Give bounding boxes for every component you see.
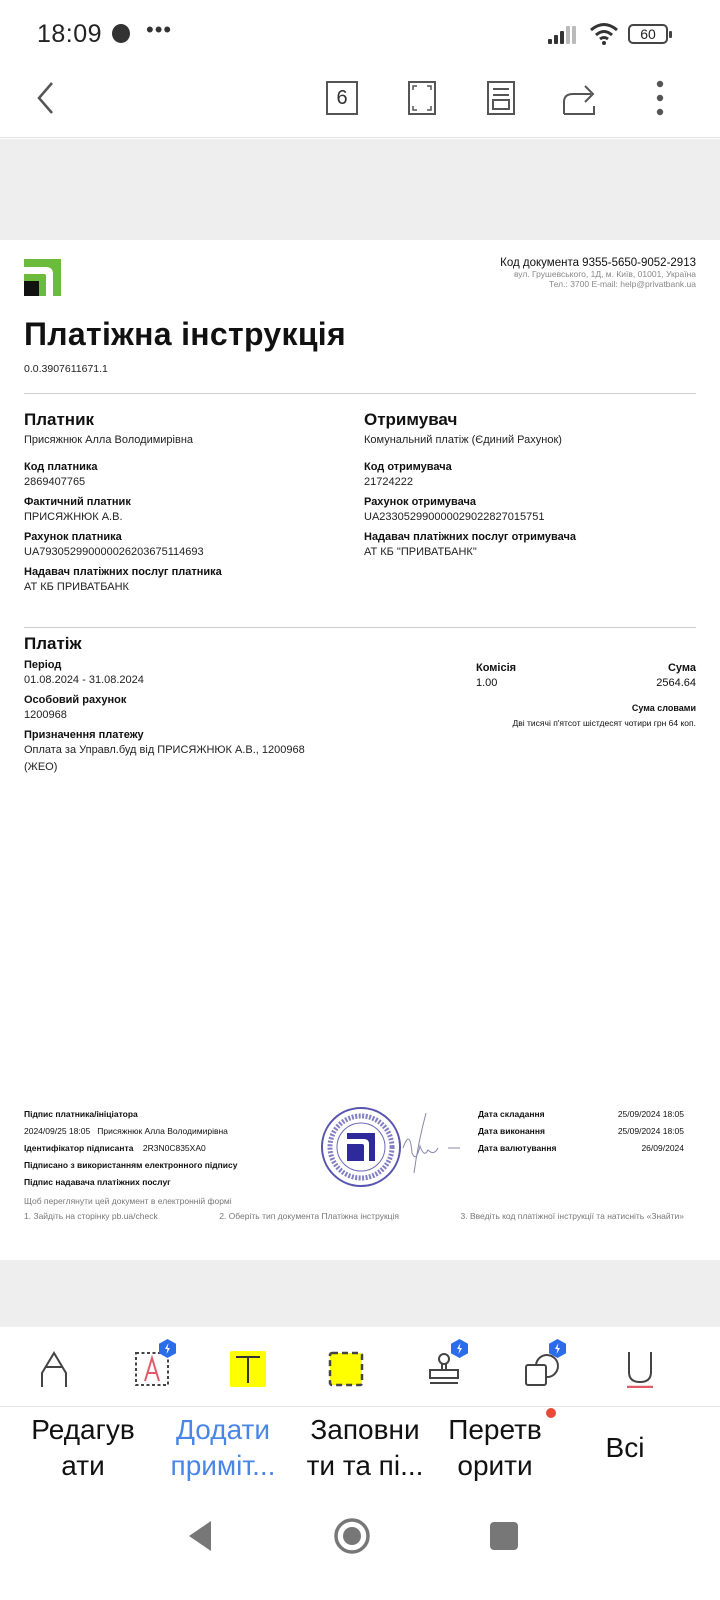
bank-address: вул. Грушевського, 1Д, м. Київ, 01001, У… [500,269,696,279]
tab-label: Заповни [300,1412,430,1448]
wifi-icon [589,22,619,46]
payment-section: Платіж Період 01.08.2024 - 31.08.2024 Ос… [24,634,354,780]
bottom-tabs: Редагув ати Додати приміт... Заповни ти … [0,1408,720,1496]
tab-label: Всі [560,1430,690,1466]
payer-account-value: UA793052990000026203675114693 [24,544,354,561]
payer-provider-value: АТ КБ ПРИВАТБАНК [24,579,354,596]
divider [24,393,696,394]
sum-words-label: Сума словами [476,702,696,714]
verification-steps: 1. Зайдіть на сторінку pb.ua/check 2. Об… [24,1211,684,1221]
fit-screen-button[interactable] [398,74,446,122]
shapes-tool[interactable] [512,1339,572,1399]
provider-signature-label: Підпис надавача платіжних послуг [24,1177,171,1187]
purpose-label: Призначення платежу [24,728,354,742]
commission-label: Комісія [476,661,516,675]
recipient-code-label: Код отримувача [364,460,694,474]
highlight-text-icon [230,1351,266,1387]
date-created-value: 25/09/2024 18:05 [618,1106,684,1123]
recipient-section: Отримувач Комунальний платіж (Єдиний Рах… [364,410,694,565]
step-3: 3. Введіть код платіжної інструкції та н… [461,1211,685,1221]
recipient-heading: Отримувач [364,410,694,430]
value-date-label: Дата валютування [478,1140,557,1157]
pen-icon [38,1351,70,1387]
document-page[interactable]: Код документа 9355-5650-9052-2913 вул. Г… [0,240,720,1260]
tab-convert[interactable]: Перетв орити [430,1412,560,1484]
actual-payer-label: Фактичний платник [24,495,354,509]
tab-all[interactable]: Всі [560,1430,690,1466]
text-box-tool[interactable] [122,1339,182,1399]
payer-heading: Платник [24,410,354,430]
tab-add-annotations[interactable]: Додати приміт... [158,1412,288,1484]
nav-recents-button[interactable] [474,1506,534,1566]
more-notifications-icon: ••• [146,17,172,43]
pen-tool[interactable] [24,1339,84,1399]
purpose-value: Оплата за Управл.буд від ПРИСЯЖНЮК А.В.,… [24,742,334,776]
date-executed-value: 25/09/2024 18:05 [618,1123,684,1140]
tab-label: Додати [158,1412,288,1448]
underline-tool[interactable] [610,1339,670,1399]
premium-badge-icon [549,1339,566,1358]
period-label: Період [24,658,354,672]
document-number: 0.0.3907611671.1 [24,363,108,375]
esign-note: Підписано з використанням електронного п… [24,1160,237,1170]
privatbank-logo [24,259,61,296]
signature-block: Підпис платника/ініціатора 2024/09/25 18… [24,1106,237,1210]
back-icon [34,80,58,116]
payer-code-label: Код платника [24,460,354,474]
signature-datetime: 2024/09/25 18:05 [24,1126,90,1136]
back-button[interactable] [22,74,70,122]
tab-label: орити [430,1448,560,1484]
tab-label: приміт... [158,1448,288,1484]
cellular-signal-icon [548,26,578,44]
signature-name: Присяжнюк Алла Володимирівна [97,1126,228,1136]
tab-edit[interactable]: Редагув ати [18,1412,148,1484]
commission-value: 1.00 [476,675,497,692]
date-created-label: Дата складання [478,1106,545,1123]
underline-icon [625,1350,655,1388]
step-2: 2. Оберіть тип документа Платіжна інстру… [219,1211,399,1221]
tab-label: ти та пі... [300,1448,430,1484]
notification-dot [546,1408,556,1418]
system-navigation-bar [0,1496,720,1600]
recipient-account-value: UA233052990000029022827015751 [364,509,694,526]
bank-stamp-icon [320,1106,402,1188]
sum-label: Сума [668,661,696,675]
app-toolbar: 6 [0,62,720,138]
recipient-account-label: Рахунок отримувача [364,495,694,509]
dates-block: Дата складання25/09/2024 18:05 Дата вико… [478,1106,684,1157]
more-options-button[interactable] [636,74,684,122]
premium-badge-icon [159,1339,176,1358]
page-count-button[interactable]: 6 [318,74,366,122]
payer-account-label: Рахунок платника [24,530,354,544]
highlight-text-tool[interactable] [218,1339,278,1399]
page-count: 6 [326,81,358,115]
document-meta: Код документа 9355-5650-9052-2913 вул. Г… [500,257,696,289]
fit-screen-icon [407,80,437,116]
personal-account-label: Особовий рахунок [24,693,354,707]
reading-mode-button[interactable] [477,74,525,122]
tab-fill-and-sign[interactable]: Заповни ти та пі... [300,1412,430,1484]
signer-id: 2R3N0C835XA0 [143,1143,206,1153]
nav-home-button[interactable] [322,1506,382,1566]
view-hint: Щоб переглянути цей документ в електронн… [24,1193,237,1210]
payment-heading: Платіж [24,634,354,654]
document-title: Платіжна інструкція [24,316,346,353]
sum-value: 2564.64 [656,675,696,692]
clock: 18:09 [37,20,102,49]
nav-back-icon [187,1521,213,1551]
payer-code-value: 2869407765 [24,474,354,491]
bank-contacts: Тел.: 3700 E-mail: help@privatbank.ua [500,279,696,289]
recipient-provider-value: АТ КБ "ПРИВАТБАНК" [364,544,694,561]
actual-payer-value: ПРИСЯЖНЮК А.В. [24,509,354,526]
sum-words: Дві тисячі п'ятсот шістдесят чотири грн … [476,718,696,728]
nav-home-icon [333,1517,371,1555]
recipient-code-value: 21724222 [364,474,694,491]
highlight-area-icon [328,1351,364,1387]
step-1: 1. Зайдіть на сторінку pb.ua/check [24,1211,158,1221]
recipient-provider-label: Надавач платіжних послуг отримувача [364,530,694,544]
highlight-area-tool[interactable] [316,1339,376,1399]
nav-back-button[interactable] [170,1506,230,1566]
payment-amounts: Комісія Сума 1.00 2564.64 Сума словами Д… [476,661,696,728]
status-bar: 18:09 ••• 60 [0,0,720,62]
recipient-name: Комунальний платіж (Єдиний Рахунок) [364,434,694,446]
battery-icon: 60 [628,24,668,44]
nav-recents-icon [490,1522,518,1550]
payer-name: Присяжнюк Алла Володимирівна [24,434,354,446]
share-button[interactable] [556,74,604,122]
more-vertical-icon [656,80,664,116]
divider [24,627,696,628]
tab-label: ати [18,1448,148,1484]
payer-provider-label: Надавач платіжних послуг платника [24,565,354,579]
date-executed-label: Дата виконання [478,1123,545,1140]
tab-label: Перетв [430,1412,560,1448]
share-icon [561,80,599,116]
handwritten-signature-icon [398,1108,464,1178]
signer-id-label: Ідентифікатор підписанта [24,1143,133,1153]
stamp-tool[interactable] [414,1339,474,1399]
personal-account-value: 1200968 [24,707,354,724]
signal-app-icon [112,24,130,43]
tab-label: Редагув [18,1412,148,1448]
period-value: 01.08.2024 - 31.08.2024 [24,672,354,689]
value-date-value: 26/09/2024 [641,1140,684,1157]
reading-mode-icon [486,80,516,116]
payer-section: Платник Присяжнюк Алла Володимирівна Код… [24,410,354,600]
document-code: Код документа 9355-5650-9052-2913 [500,257,696,269]
annotation-toolbar [0,1327,720,1407]
payer-signature-label: Підпис платника/ініціатора [24,1109,138,1119]
premium-badge-icon [451,1339,468,1358]
